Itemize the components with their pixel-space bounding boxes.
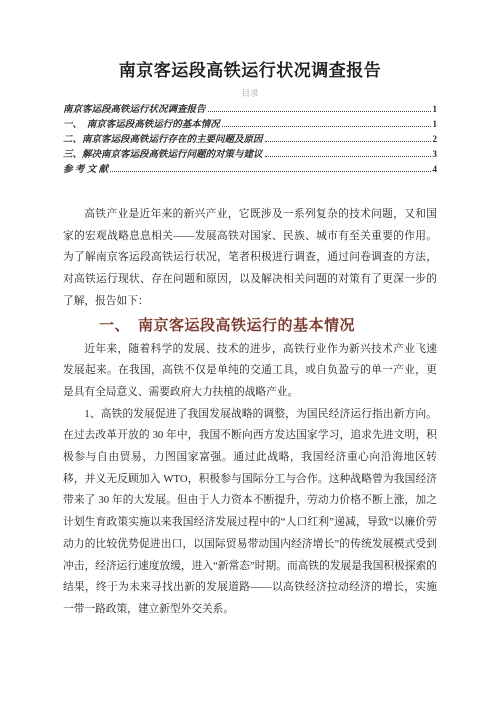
- document-body: 高铁产业是近年来的新兴产业，它既涉及一系列复杂的技术问题，又和国家的宏观战略息息…: [63, 204, 437, 621]
- toc-page-number: 1: [433, 117, 438, 131]
- toc-dot-leader: [265, 156, 431, 157]
- toc-page-number: 3: [433, 147, 438, 161]
- toc-entry-label: 参 考 文 献: [63, 163, 108, 177]
- section-1-paragraph-2: 1、高铁的发展促进了我国发展战略的调整，为国民经济运行指出新方向。在过去改革开放…: [63, 404, 437, 621]
- intro-paragraph: 高铁产业是近年来的新兴产业，它既涉及一系列复杂的技术问题，又和国家的宏观战略息息…: [63, 204, 437, 313]
- toc-entry[interactable]: 二、南京客运段高铁运行存在的主要问题及原因 2: [63, 132, 437, 147]
- toc-page-number: 1: [433, 102, 438, 116]
- toc-dot-leader: [110, 171, 430, 172]
- toc-page-number: 2: [433, 132, 438, 146]
- toc-entry[interactable]: 南京客运段高铁运行状况调查报告 1: [63, 102, 437, 117]
- toc-dot-leader: [265, 141, 431, 142]
- toc-heading: 目录: [63, 87, 437, 99]
- toc-entry-label: 一、 南京客运段高铁运行的基本情况: [63, 118, 220, 132]
- section-1-paragraph-1: 近年来，随着科学的发展、技术的进步，高铁行业作为新兴技术产业飞速发展起来。在我国…: [63, 339, 437, 404]
- toc-entry-label: 南京客运段高铁运行状况调查报告: [63, 103, 206, 117]
- toc-page-number: 4: [433, 162, 438, 176]
- section-1-heading: 一、 南京客运段高铁运行的基本情况: [63, 316, 437, 337]
- toc-entry-label: 三、解决南京客运段高铁运行问题的对策与建议: [63, 148, 263, 162]
- toc-dot-leader: [208, 111, 431, 112]
- table-of-contents: 南京客运段高铁运行状况调查报告 1 一、 南京客运段高铁运行的基本情况 1 二、…: [63, 102, 437, 177]
- document-title: 南京客运段高铁运行状况调查报告: [63, 58, 437, 84]
- toc-dot-leader: [222, 126, 431, 127]
- toc-entry[interactable]: 参 考 文 献 4: [63, 162, 437, 177]
- document-page: 南京客运段高铁运行状况调查报告 目录 南京客运段高铁运行状况调查报告 1 一、 …: [0, 0, 500, 707]
- toc-entry-label: 二、南京客运段高铁运行存在的主要问题及原因: [63, 133, 263, 147]
- toc-entry[interactable]: 一、 南京客运段高铁运行的基本情况 1: [63, 117, 437, 132]
- toc-entry[interactable]: 三、解决南京客运段高铁运行问题的对策与建议 3: [63, 147, 437, 162]
